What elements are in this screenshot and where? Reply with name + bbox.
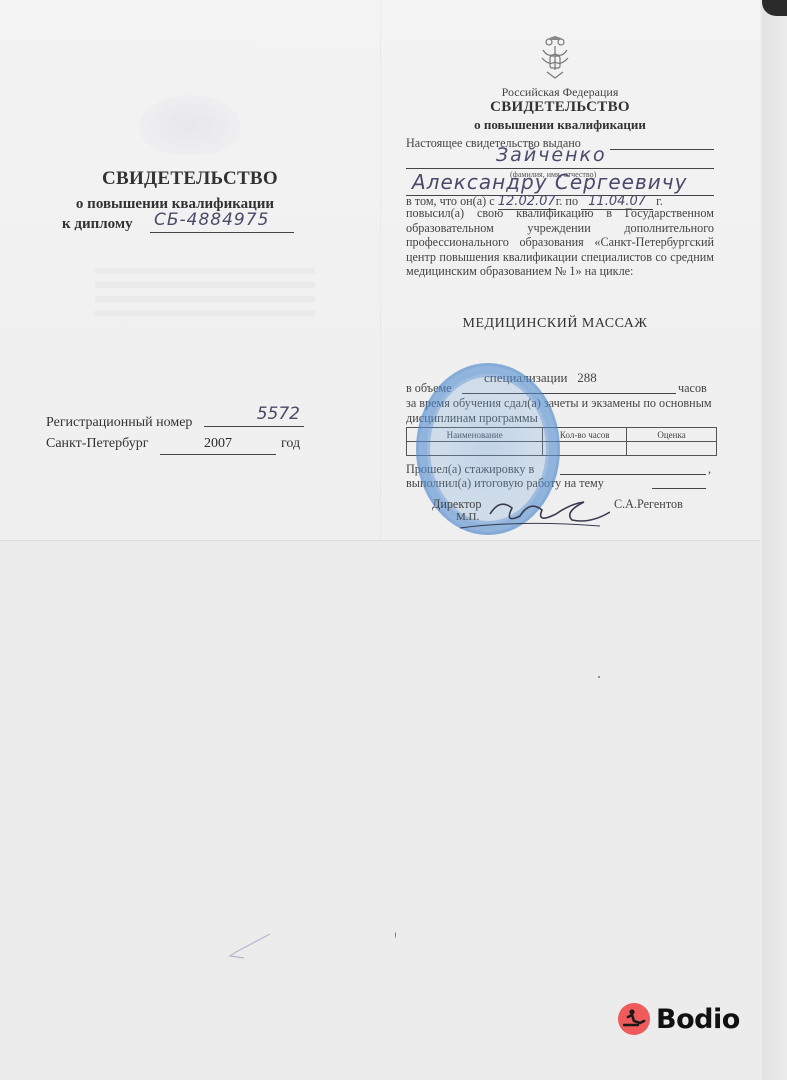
issued-to-line	[610, 149, 714, 150]
diploma-number: СБ-4884975	[150, 210, 294, 233]
faint-text-imprint	[95, 268, 315, 318]
diploma-row: к диплому СБ-4884975	[62, 216, 133, 233]
right-title: СВИДЕТЕЛЬСТВО	[460, 99, 660, 116]
city-label: Санкт-Петербург	[46, 436, 148, 452]
hours-value: 288	[577, 370, 597, 385]
diploma-label: к диплому	[62, 216, 133, 232]
director-name: С.А.Регентов	[614, 497, 683, 512]
pen-mark	[226, 930, 272, 962]
left-title: СВИДЕТЕЛЬСТВО	[60, 168, 320, 190]
fold-line	[380, 0, 381, 540]
final-work-line	[652, 488, 706, 489]
course-name: МЕДИЦИНСКИЙ МАССАЖ	[430, 316, 680, 332]
country-label: Российская Федерация	[460, 85, 660, 100]
director-signature	[460, 490, 610, 530]
comma: ,	[708, 462, 711, 477]
internship-line	[560, 474, 706, 475]
right-subtitle: о повышении квалификации	[440, 117, 680, 133]
faint-emblem-imprint	[140, 95, 240, 155]
brand-watermark: Bodio	[618, 1003, 740, 1035]
coat-of-arms-icon	[540, 36, 570, 80]
surname-line	[406, 168, 714, 169]
registration-label: Регистрационный номер	[46, 415, 192, 431]
scan-speck	[395, 932, 396, 938]
certificate-body-text: повысил(а) свою квалификацию в Государст…	[406, 206, 714, 279]
brand-logo-icon	[618, 1003, 650, 1035]
year-suffix: год	[281, 436, 300, 452]
issue-year: 2007	[160, 436, 276, 455]
registration-number: 5572	[204, 404, 304, 427]
scan-speck	[598, 676, 600, 678]
background-edge	[762, 0, 787, 1080]
table-header: Оценка	[627, 428, 717, 442]
certificate-sheet: СВИДЕТЕЛЬСТВО о повышении квалификации к…	[0, 0, 760, 540]
recipient-given-names: Александру Сергеевичу	[412, 170, 687, 194]
hours-label: часов	[678, 381, 707, 396]
brand-name: Bodio	[656, 1004, 740, 1035]
recipient-surname: Зайченко	[496, 144, 607, 166]
